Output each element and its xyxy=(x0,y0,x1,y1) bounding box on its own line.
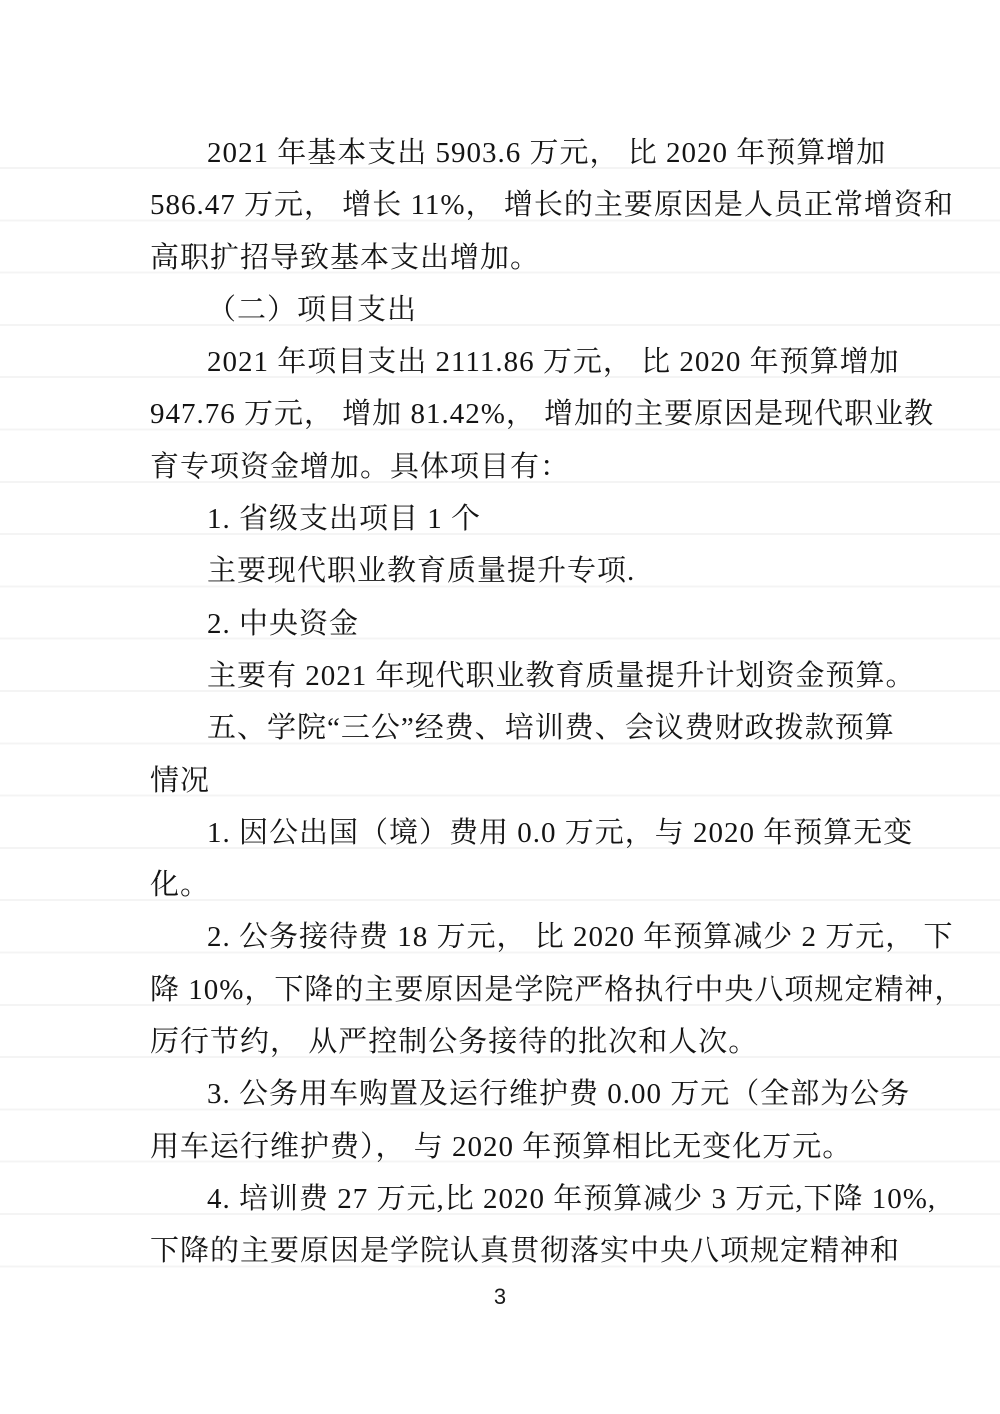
list-item: 2. 中央资金 xyxy=(150,598,856,650)
text-line: 主要现代职业教育质量提升专项. xyxy=(150,545,856,597)
text-line: 化。 xyxy=(150,859,856,911)
list-item: 4. 培训费 27 万元,比 2020 年预算减少 3 万元,下降 10%, xyxy=(150,1173,856,1225)
document-page: 2021 年基本支出 5903.6 万元， 比 2020 年预算增加 586.4… xyxy=(0,0,1000,1414)
list-item: 2. 公务接待费 18 万元， 比 2020 年预算减少 2 万元， 下 xyxy=(150,911,856,963)
text-line: 用车运行维护费）， 与 2020 年预算相比无变化万元。 xyxy=(150,1121,856,1173)
text-line: 厉行节约， 从严控制公务接待的批次和人次。 xyxy=(150,1016,856,1068)
section-heading: 情况 xyxy=(150,755,856,807)
section-heading: （二）项目支出 xyxy=(150,284,856,336)
text-line: 2021 年基本支出 5903.6 万元， 比 2020 年预算增加 xyxy=(150,127,856,179)
list-item: 1. 因公出国（境）费用 0.0 万元，与 2020 年预算无变 xyxy=(150,807,856,859)
text-line: 下降的主要原因是学院认真贯彻落实中央八项规定精神和 xyxy=(150,1225,856,1277)
text-line: 育专项资金增加。具体项目有： xyxy=(150,441,856,493)
text-line: 降 10%，下降的主要原因是学院严格执行中央八项规定精神， xyxy=(150,964,856,1016)
section-heading: 五、学院“三公”经费、培训费、会议费财政拨款预算 xyxy=(150,702,856,754)
text-line: 947.76 万元， 增加 81.42%， 增加的主要原因是现代职业教 xyxy=(150,388,856,440)
text-line: 2021 年项目支出 2111.86 万元， 比 2020 年预算增加 xyxy=(150,336,856,388)
list-item: 3. 公务用车购置及运行维护费 0.00 万元（全部为公务 xyxy=(150,1068,856,1120)
list-item: 1. 省级支出项目 1 个 xyxy=(150,493,856,545)
text-line: 高职扩招导致基本支出增加。 xyxy=(150,232,856,284)
text-line: 586.47 万元， 增长 11%， 增长的主要原因是人员正常增资和 xyxy=(150,179,856,231)
document-body: 2021 年基本支出 5903.6 万元， 比 2020 年预算增加 586.4… xyxy=(150,127,856,1278)
page-number: 3 xyxy=(0,1282,1000,1312)
text-line: 主要有 2021 年现代职业教育质量提升计划资金预算。 xyxy=(150,650,856,702)
